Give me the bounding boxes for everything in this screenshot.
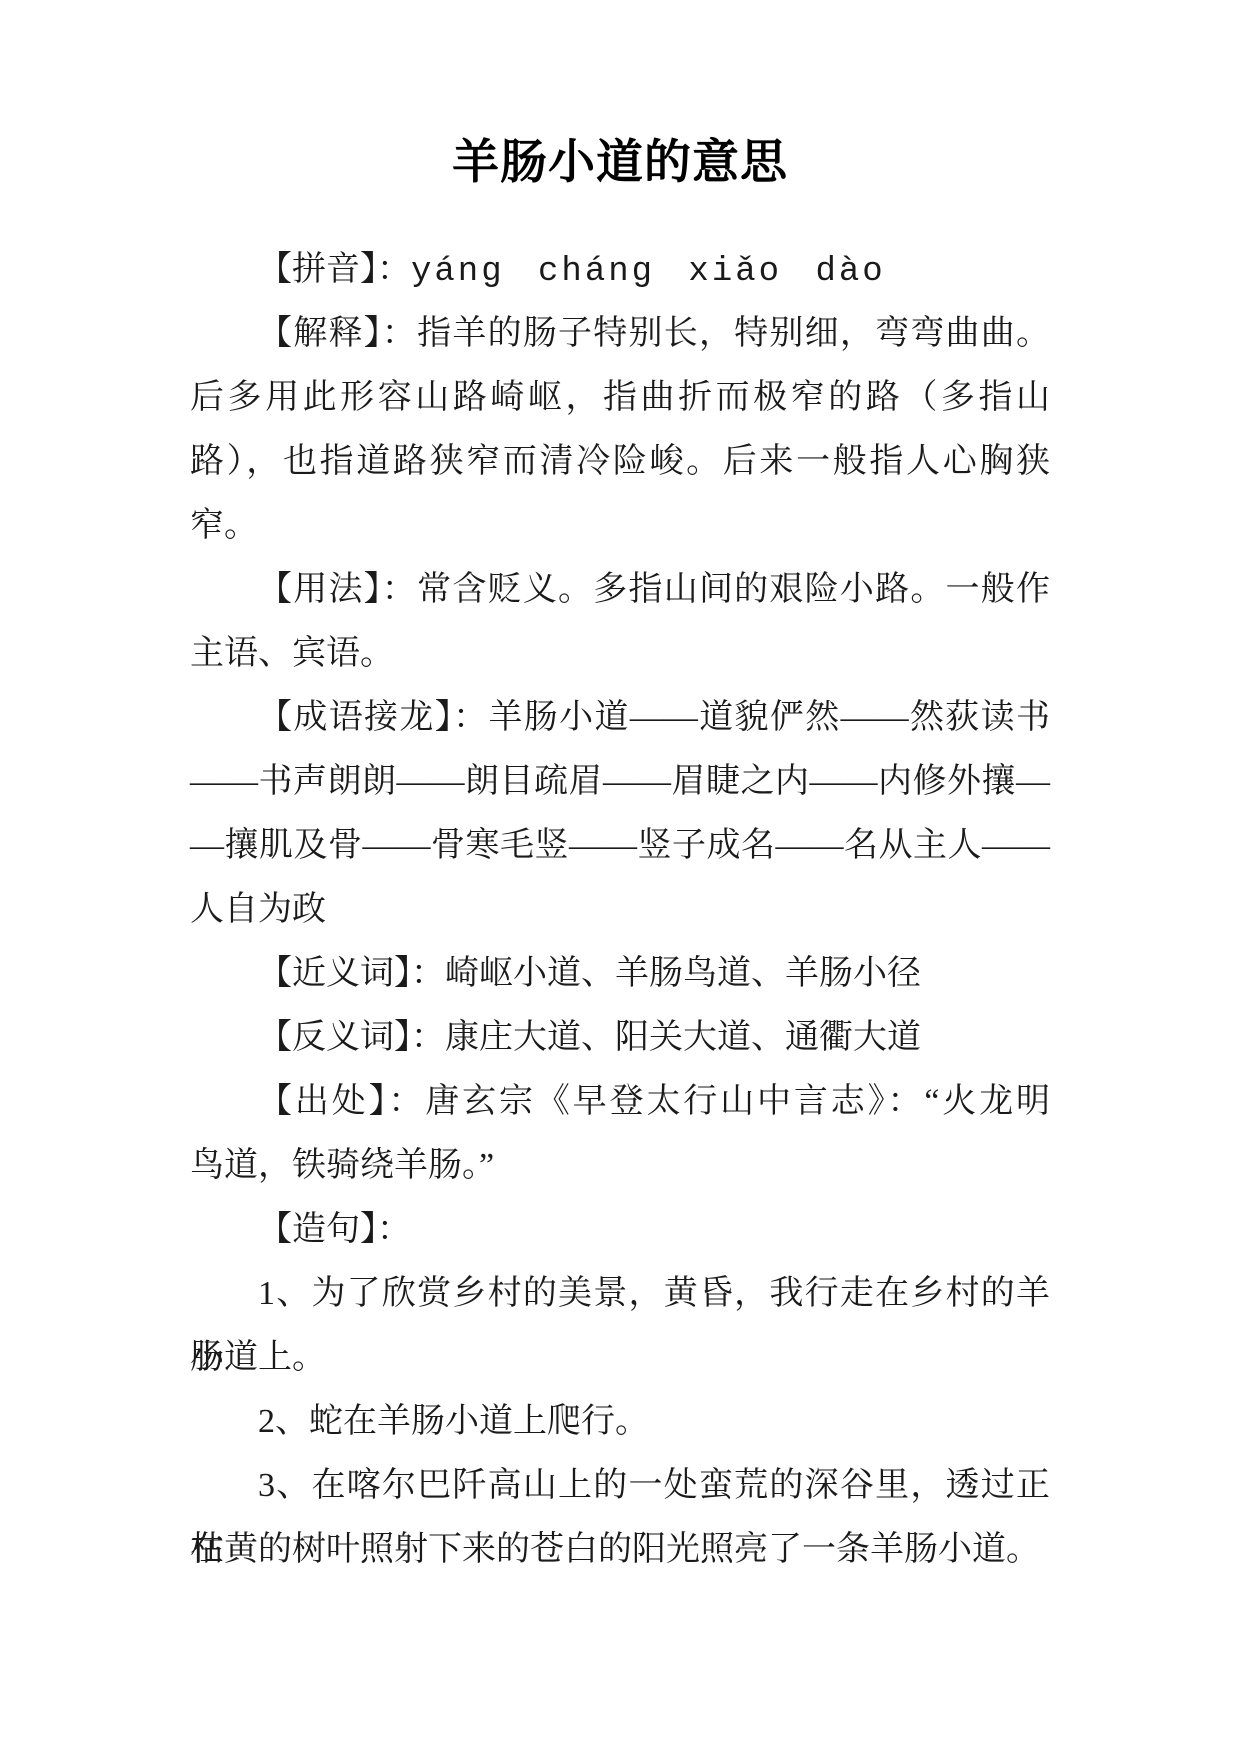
source-line: 【出处】：唐玄宗《早登太行山中言志》：“火龙明 (190, 1070, 1050, 1134)
definition-line: 【解释】：指羊的肠子特别长，特别细，弯弯曲曲。 (190, 302, 1050, 366)
example-3-line: 3、在喀尔巴阡高山上的一处蛮荒的深谷里，透过正在 (190, 1454, 1050, 1518)
pinyin-value: yáng cháng xiǎo dào (411, 253, 886, 291)
usage-line: 主语、宾语。 (190, 622, 1050, 686)
antonyms-line: 【反义词】：康庄大道、阳关大道、通衢大道 (190, 1006, 1050, 1070)
source-line: 鸟道，铁骑绕羊肠。” (190, 1134, 1050, 1198)
definition-line: 后多用此形容山路崎岖，指曲折而极窄的路（多指山 (190, 366, 1050, 430)
definition-line: 窄。 (190, 494, 1050, 558)
example-1-line: 1、为了欣赏乡村的美景，黄昏，我行走在乡村的羊肠 (190, 1262, 1050, 1326)
synonyms-line: 【近义词】：崎岖小道、羊肠鸟道、羊肠小径 (190, 942, 1050, 1006)
pinyin-line: 【拼音】：yáng cháng xiǎo dào (190, 238, 1050, 302)
example-1-line: 小道上。 (190, 1326, 1050, 1390)
pinyin-label: 【拼音】： (258, 251, 411, 288)
example-2-line: 2、蛇在羊肠小道上爬行。 (190, 1390, 1050, 1454)
definition-line: 路），也指道路狭窄而清冷险峻。后来一般指人心胸狭 (190, 430, 1050, 494)
usage-line: 【用法】：常含贬义。多指山间的艰险小路。一般作 (190, 558, 1050, 622)
example-3-line: 枯黄的树叶照射下来的苍白的阳光照亮了一条羊肠小道。 (190, 1518, 1050, 1582)
document-body: 【拼音】：yáng cháng xiǎo dào【解释】：指羊的肠子特别长，特别… (190, 238, 1050, 1582)
idiom-chain-line: ——书声朗朗——朗目疏眉——眉睫之内——内修外攘— (190, 750, 1050, 814)
idiom-chain-line: —攘肌及骨——骨寒毛竖——竖子成名——名从主人—— (190, 814, 1050, 878)
page-title: 羊肠小道的意思 (190, 130, 1050, 194)
document-page: 羊肠小道的意思 【拼音】：yáng cháng xiǎo dào【解释】：指羊的… (0, 0, 1240, 1753)
idiom-chain-line: 【成语接龙】：羊肠小道——道貌俨然——然荻读书 (190, 686, 1050, 750)
examples-header-line: 【造句】： (190, 1198, 1050, 1262)
idiom-chain-line: 人自为政 (190, 878, 1050, 942)
